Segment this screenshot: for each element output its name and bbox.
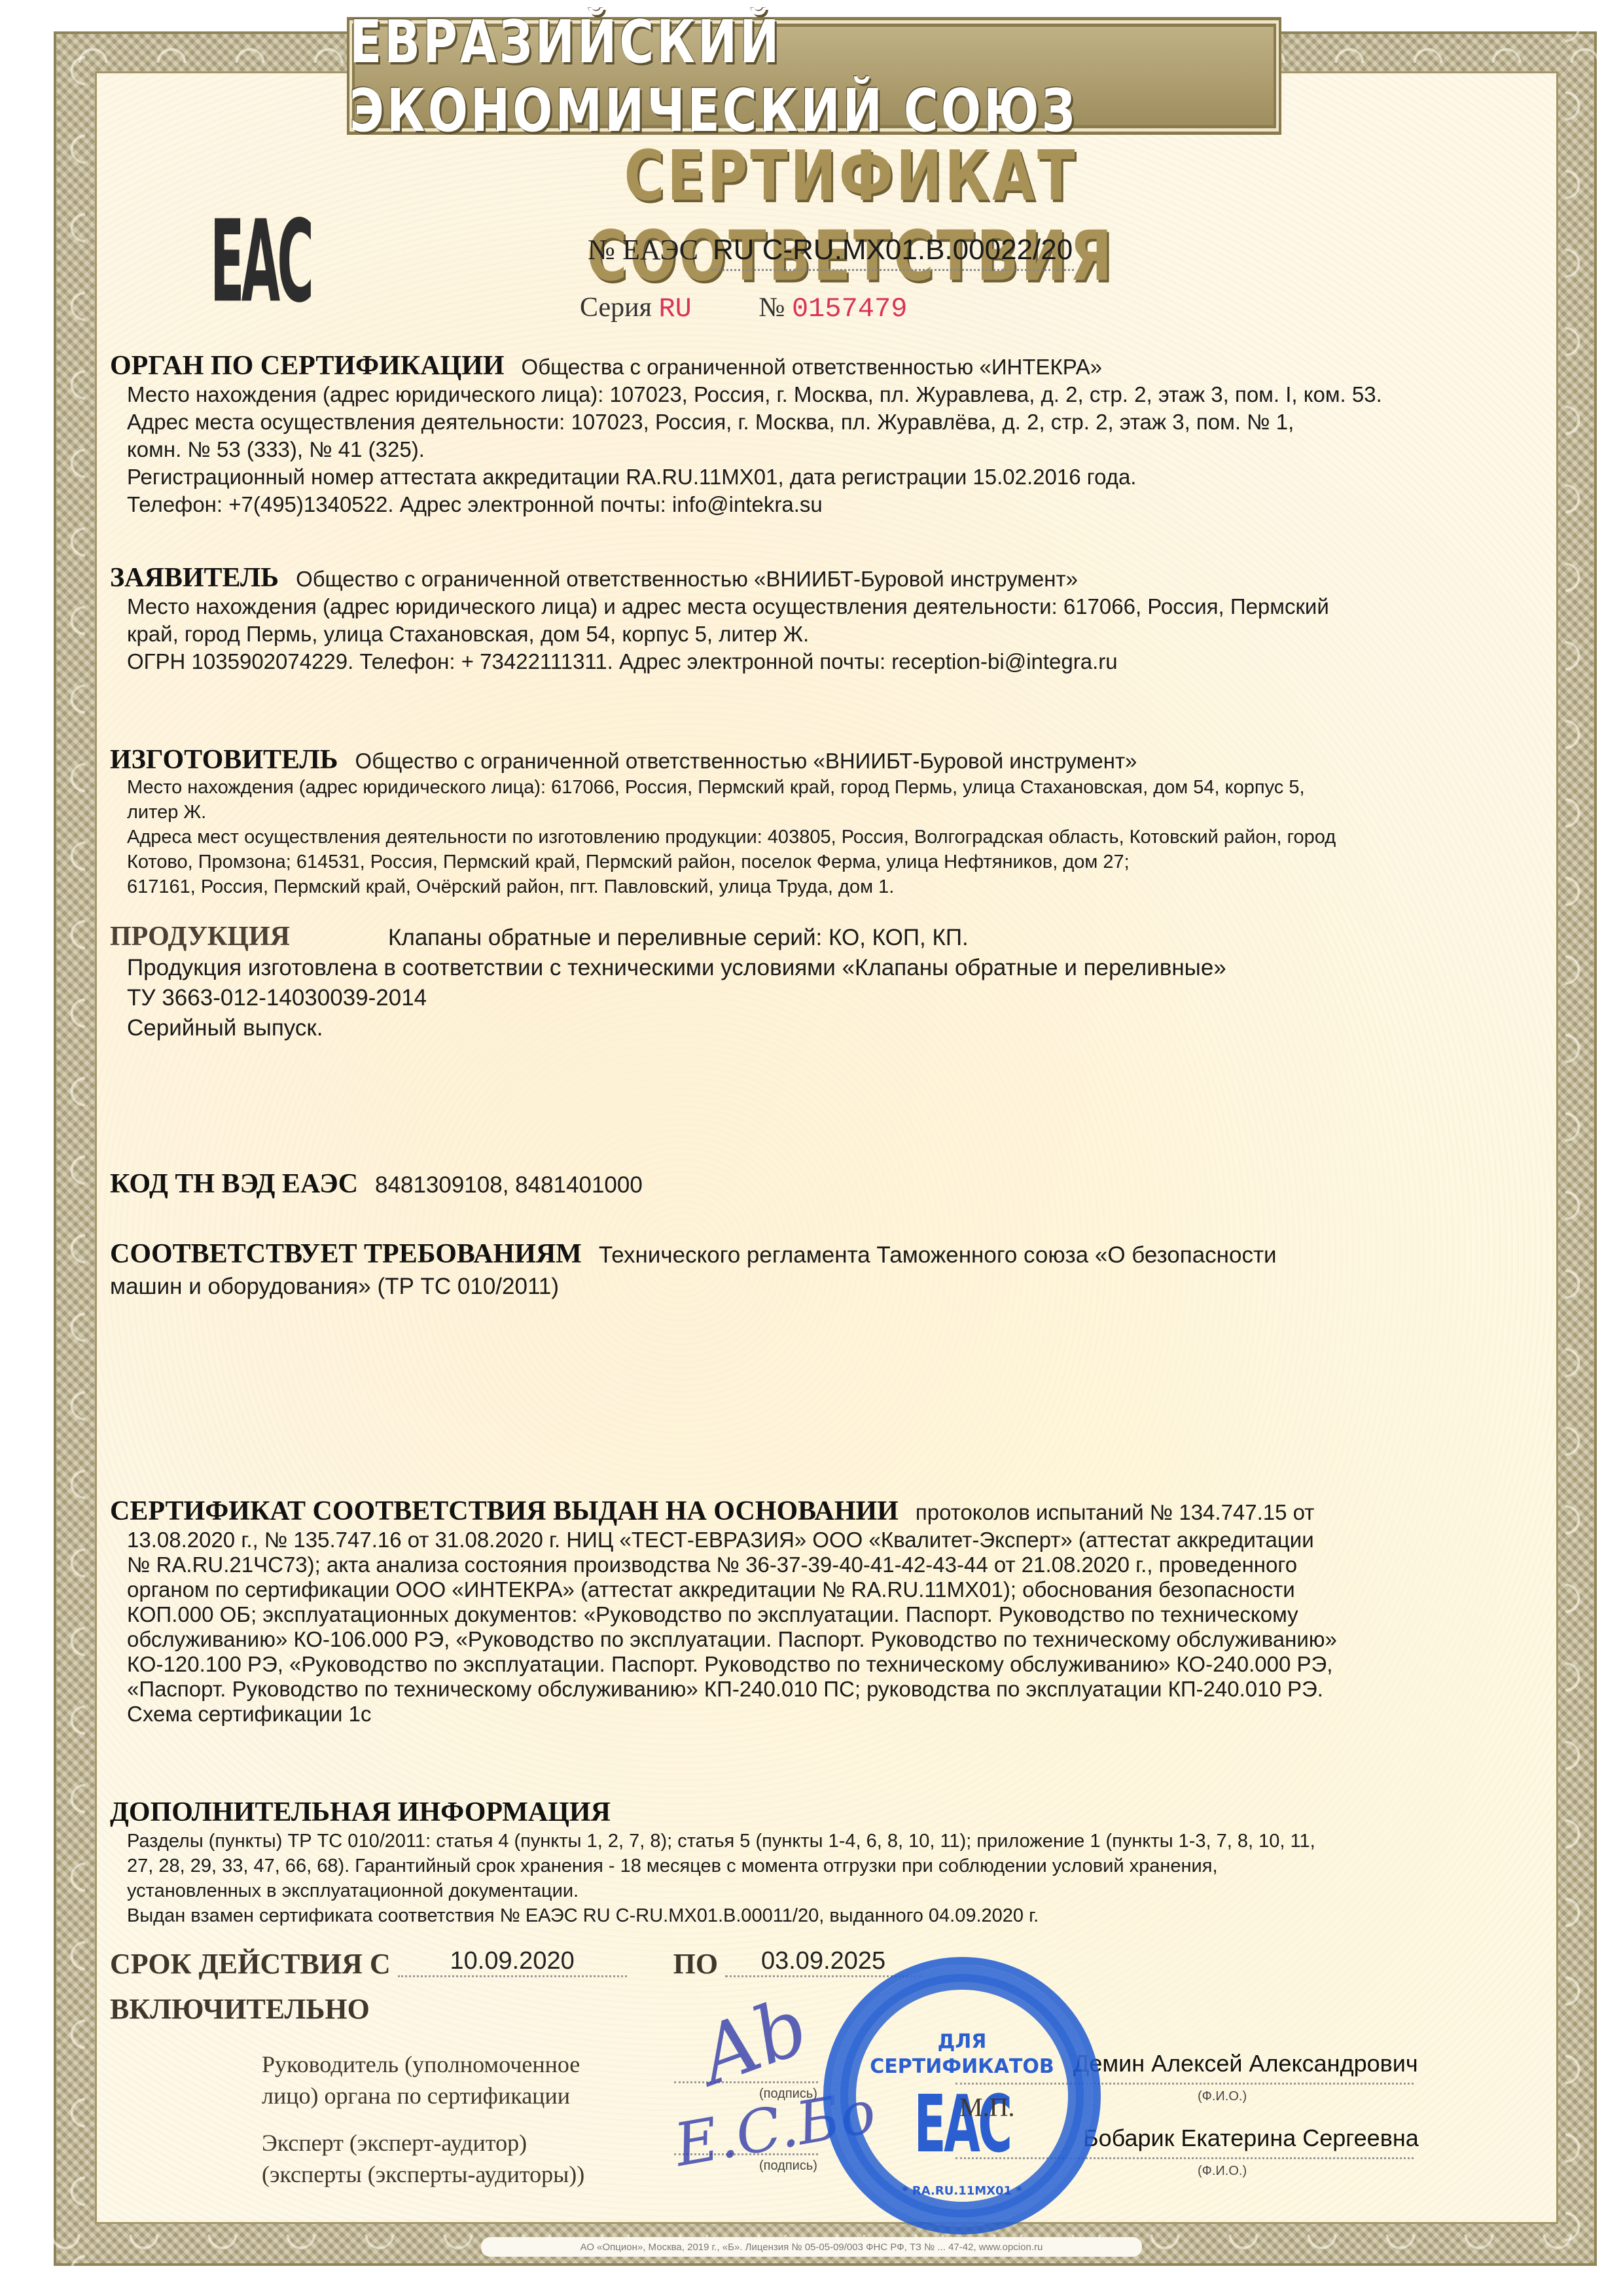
section-heading: ИЗГОТОВИТЕЛЬ <box>110 745 338 775</box>
name-caption: (Ф.И.О.) <box>1198 2089 1247 2104</box>
stamp-text: ДЛЯ <box>831 2030 1093 2053</box>
text-line: (эксперты (эксперты-аудиторы)) <box>262 2159 584 2190</box>
certificate-number-label: № ЕАЭС <box>588 234 698 266</box>
text-line: установленных в эксплуатационной докумен… <box>127 1878 1550 1903</box>
text-line: протоколов испытаний № 134.747.15 от <box>916 1500 1315 1524</box>
text-line: 13.08.2020 г., № 135.747.16 от 31.08.202… <box>127 1528 1550 1552</box>
section-certification-body: ОРГАН ПО СЕРТИФИКАЦИИОбщества с ограниче… <box>110 352 1550 518</box>
text-line: Телефон: +7(495)1340522. Адрес электронн… <box>127 491 1550 518</box>
applicant-name: Общество с ограниченной ответственностью… <box>296 567 1078 591</box>
eac-logo-icon: ЕАС <box>221 173 300 350</box>
text-line: Схема сертификации 1с <box>127 1702 1550 1727</box>
validity-from-date: 10.09.2020 <box>398 1947 627 1977</box>
section-heading: КОД ТН ВЭД ЕАЭС <box>110 1169 358 1199</box>
validity-from-label: СРОК ДЕЙСТВИЯ С <box>110 1948 391 1980</box>
text-line: 27, 28, 29, 33, 47, 66, 68). Гарантийный… <box>127 1854 1550 1878</box>
section-heading: ПРОДУКЦИЯ <box>110 922 290 952</box>
text-line: Место нахождения (адрес юридического лиц… <box>127 775 1550 800</box>
product-name: Клапаны обратные и переливные серий: КО,… <box>388 925 969 950</box>
certificate-number: № ЕАЭСRU C-RU.МХ01.В.00022/20 <box>588 233 1074 271</box>
text-line: литер Ж. <box>127 800 1550 825</box>
union-banner: ЕВРАЗИЙСКИЙ ЭКОНОМИЧЕСКИЙ СОЮЗ <box>347 17 1281 135</box>
section-additional-info: ДОПОЛНИТЕЛЬНАЯ ИНФОРМАЦИЯ Разделы (пункт… <box>110 1799 1550 1928</box>
blank-series: Серия RU № 0157479 <box>580 292 907 325</box>
text-line: Место нахождения (адрес юридического лиц… <box>127 593 1550 620</box>
certificate-title: СЕРТИФИКАТ СООТВЕТСТВИЯ <box>458 136 1243 296</box>
text-line: Котово, Промзона; 614531, Россия, Пермск… <box>127 850 1550 874</box>
text-line: Продукция изготовлена в соответствии с т… <box>127 953 1550 983</box>
text-line: комн. № 53 (333), № 41 (325). <box>127 436 1550 463</box>
section-conformity: СООТВЕТСТВУЕТ ТРЕБОВАНИЯМТехнического ре… <box>110 1238 1550 1302</box>
section-heading: ЗАЯВИТЕЛЬ <box>110 563 279 593</box>
conformity-text: Технического регламента Таможенного союз… <box>599 1242 1277 1268</box>
expert-signatory-label: Эксперт (эксперт-аудитор) (эксперты (экс… <box>262 2127 584 2190</box>
section-heading: ОРГАН ПО СЕРТИФИКАЦИИ <box>110 351 505 381</box>
certification-body-name: Общества с ограниченной ответственностью… <box>522 355 1102 379</box>
expert-full-name: Бобарик Екатерина Сергеевна <box>1083 2125 1419 2152</box>
text-line: КОП.000 ОБ; эксплуатационных документов:… <box>127 1602 1550 1627</box>
stamp-text: * RA.RU.11МХ01 * <box>831 2184 1093 2198</box>
text-line: Руководитель (уполномоченное <box>262 2049 580 2080</box>
text-line: Адрес места осуществления деятельности: … <box>127 408 1550 436</box>
text-line: Место нахождения (адрес юридического лиц… <box>127 381 1550 408</box>
text-line: обслуживанию» КО-106.000 РЭ, «Руководств… <box>127 1627 1550 1652</box>
blank-number-label: № <box>758 293 785 323</box>
name-caption: (Ф.И.О.) <box>1198 2164 1247 2179</box>
text-line: «Паспорт. Руководство по техническому об… <box>127 1677 1550 1702</box>
head-signatory-label: Руководитель (уполномоченное лицо) орган… <box>262 2049 580 2111</box>
section-manufacturer: ИЗГОТОВИТЕЛЬОбщество с ограниченной отве… <box>110 746 1550 899</box>
series-label: Серия <box>580 293 652 323</box>
text-line: Выдан взамен сертификата соответствия № … <box>127 1903 1550 1928</box>
section-basis: СЕРТИФИКАТ СООТВЕТСТВИЯ ВЫДАН НА ОСНОВАН… <box>110 1499 1550 1727</box>
border-ornament <box>1565 31 1592 2266</box>
border-ornament <box>59 31 85 2266</box>
section-hs-code: КОД ТН ВЭД ЕАЭС8481309108, 8481401000 <box>110 1170 1550 1199</box>
text-line: край, город Пермь, улица Стахановская, д… <box>127 620 1550 648</box>
text-line: № RA.RU.21ЧС73); акта анализа состояния … <box>127 1552 1550 1577</box>
seal-place-label: М.П. <box>959 2092 1014 2123</box>
series-value: RU <box>658 293 691 325</box>
hs-code-value: 8481309108, 8481401000 <box>375 1172 643 1198</box>
text-line: машин и оборудования» (ТР ТС 010/2011) <box>110 1271 1550 1302</box>
certificate-number-value: RU C-RU.МХ01.В.00022/20 <box>711 234 1074 271</box>
validity-to-label: ПО <box>673 1948 718 1980</box>
text-line: Адреса мест осуществления деятельности п… <box>127 825 1550 850</box>
section-heading: СЕРТИФИКАТ СООТВЕТСТВИЯ ВЫДАН НА ОСНОВАН… <box>110 1496 899 1526</box>
section-heading: ДОПОЛНИТЕЛЬНАЯ ИНФОРМАЦИЯ <box>110 1799 1533 1826</box>
section-applicant: ЗАЯВИТЕЛЬОбщество с ограниченной ответст… <box>110 564 1550 675</box>
printer-imprint: АО «Опцион», Москва, 2019 г., «Б». Лицен… <box>481 2237 1142 2257</box>
section-heading: СООТВЕТСТВУЕТ ТРЕБОВАНИЯМ <box>110 1239 582 1269</box>
section-product: ПРОДУКЦИЯКлапаны обратные и переливные с… <box>110 922 1550 1043</box>
text-line: КО-120.100 РЭ, «Руководство по эксплуата… <box>127 1652 1550 1677</box>
head-full-name: Демин Алексей Александрович <box>1073 2050 1418 2077</box>
validity-to-date: 03.09.2025 <box>725 1947 921 1977</box>
stamp-text: СЕРТИФИКАТОВ <box>831 2055 1093 2078</box>
text-line: 617161, Россия, Пермский край, Очёрский … <box>127 874 1550 899</box>
text-line: Серийный выпуск. <box>127 1013 1550 1043</box>
text-line: Эксперт (эксперт-аудитор) <box>262 2127 584 2159</box>
text-line: лицо) органа по сертификации <box>262 2080 580 2111</box>
manufacturer-name: Общество с ограниченной ответственностью… <box>355 749 1137 773</box>
text-line: ОГРН 1035902074229. Телефон: + 734221113… <box>127 648 1550 675</box>
text-line: Разделы (пункты) ТР ТС 010/2011: статья … <box>127 1829 1550 1854</box>
text-line: Регистрационный номер аттестата аккредит… <box>127 463 1550 491</box>
text-line: органом по сертификации ООО «ИНТЕКРА» (а… <box>127 1577 1550 1602</box>
text-line: ТУ 3663-012-14030039-2014 <box>127 983 1550 1013</box>
blank-number-value: 0157479 <box>792 293 907 325</box>
